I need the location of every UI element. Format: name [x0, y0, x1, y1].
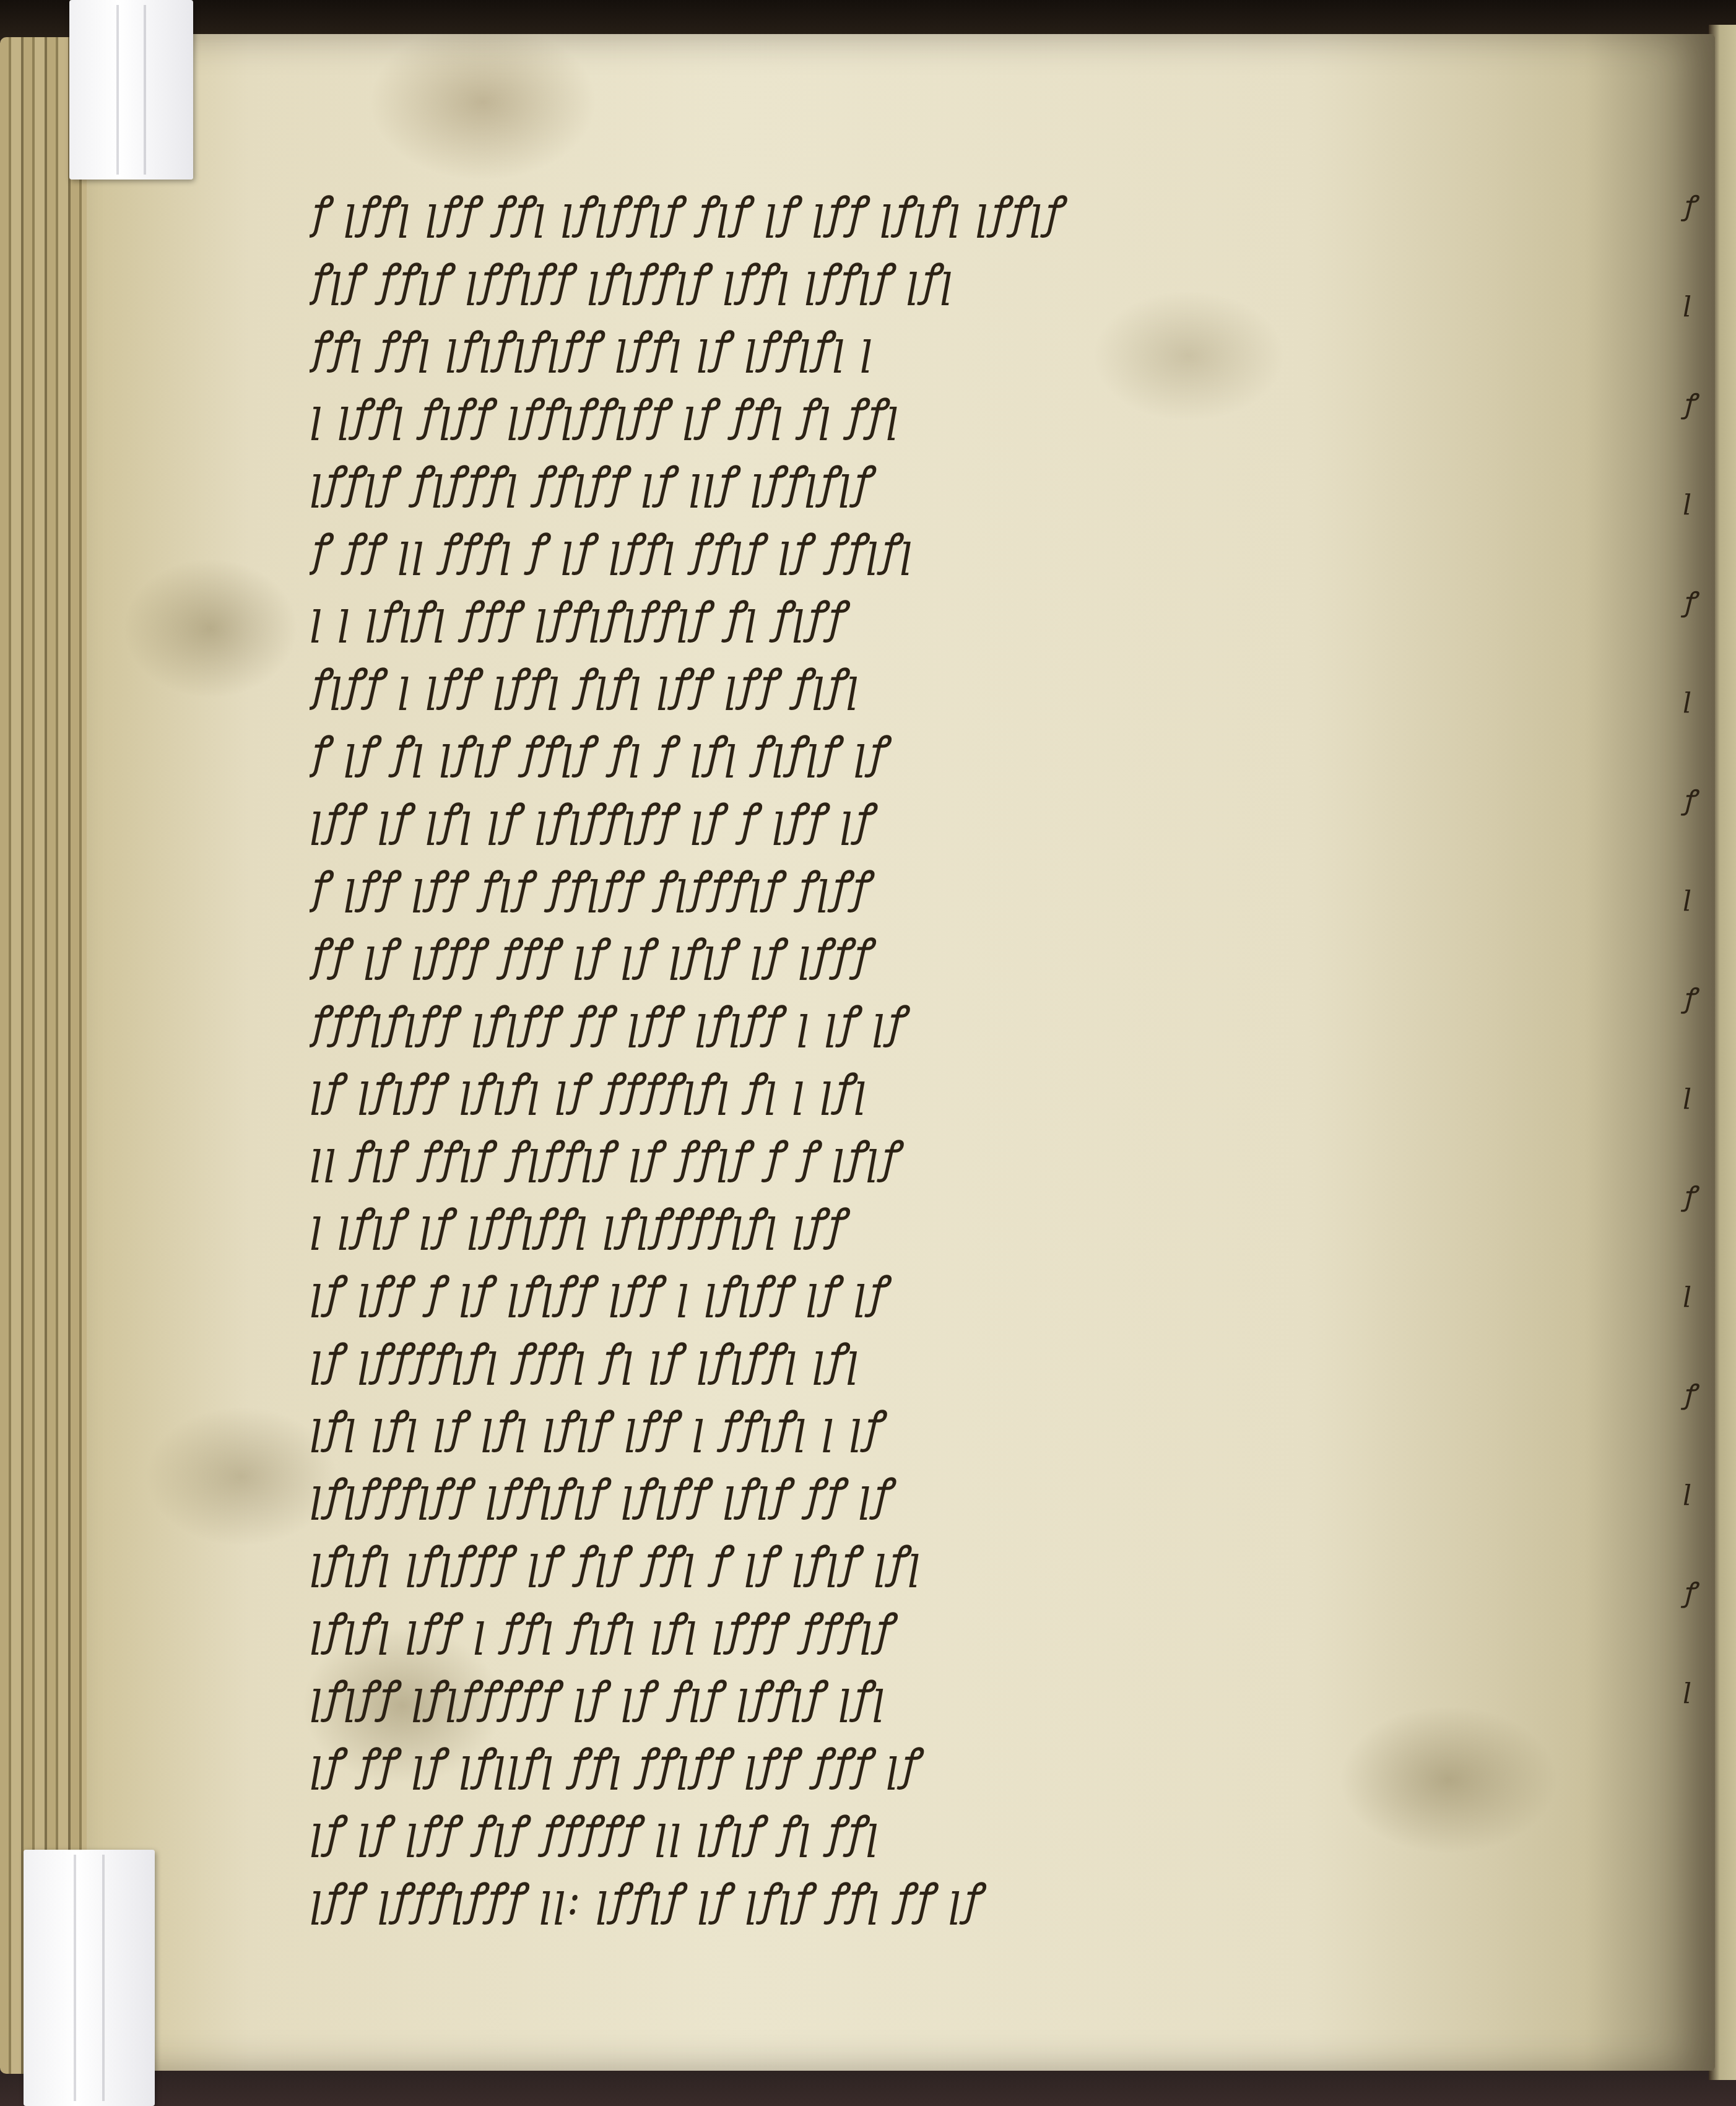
manuscript-line: ꞁꝭꞁꝭꞁ ꞁꝭꝭ ꞁ ꝭꝭꞁ ꝭꞁꝭꞁ ꞁꝭꞁ ꞁꝭꝭꝭ ꝭꝭꝭꞁꝭ	[310, 1593, 1523, 1668]
manuscript-line: ꞁꝭꞁꝭꝭꝭꞁꝭꝭ ꞁꝭꝭꞁꝭꞁꝭ ꞁꝭꞁꝭꝭ ꞁꝭꞁꝭ ꝭꝭ ꞁꝭ	[310, 1458, 1523, 1533]
adjacent-page-glyph: ꝭ	[1683, 780, 1708, 879]
manuscript-line: ꞁꞁ ꝭꞁꝭ ꝭꝭꞁꝭ ꝭꞁꝭꝭꞁꝭ ꞁꝭ ꝭꝭꞁꝭ ꝭ ꝭ ꞁꝭꞁꝭ	[310, 1121, 1523, 1195]
adjacent-page-glyph: ꝭ	[1683, 384, 1708, 483]
manuscript-line: ꞁꝭꞁ ꞁꝭꞁ ꞁꝭ ꞁꝭꞁ ꞁꝭꞁꝭ ꞁꝭꝭ ꞁ ꝭꝭꞁꝭꞁ ꞁ ꞁꝭ	[310, 1391, 1523, 1465]
manuscript-line: ꞁꝭꝭꞁꝭ ꝭꞁꝭꝭꝭꞁ ꝭꝭꞁꝭꝭ ꞁꝭ ꞁꞁꝭ ꞁꝭꝭꞁꝭꞁꝭ	[310, 446, 1523, 521]
adjacent-page-text: ꝭꞁꝭꞁꝭꞁꝭꞁꝭꞁꝭꞁꝭꞁꝭꞁ	[1683, 186, 1708, 1770]
manuscript-line: ꝭ ꝭꝭ ꞁꞁ ꝭꝭꝭꞁ ꝭ ꞁꝭ ꞁꝭꝭꞁ ꝭꝭꞁꝭ ꞁꝭ ꝭꝭꞁꝭꞁ	[310, 514, 1523, 588]
manuscript-line: ꝭꞁꝭ ꝭꝭꞁꝭ ꞁꝭꝭꞁꝭꝭ ꞁꝭꞁꝭꝭꞁꝭ ꞁꝭꝭꞁ ꞁꝭꝭꞁꝭ ꞁꝭꞁ	[310, 244, 1523, 318]
manuscript-line: ꝭ ꞁꝭ ꝭꞁ ꞁꝭꞁꝭ ꝭꝭꞁꝭ ꝭꞁ ꝭ ꞁꝭꞁ ꝭꞁꝭꞁꝭ ꞁꝭ	[310, 716, 1523, 791]
page-stack-edges	[0, 37, 99, 2074]
adjacent-page-glyph: ꝭ	[1683, 1374, 1708, 1473]
manuscript-line: ꞁꝭꝭ ꞁꝭ ꞁꝭꞁ ꞁꝭ ꞁꝭꞁꝭꝭꞁꝭꝭ ꞁꝭ ꝭ ꞁꝭꝭ ꞁꝭ	[310, 784, 1523, 858]
manuscript-line: ꞁ ꞁꝭꝭꞁ ꝭꞁꝭꝭ ꞁꝭꝭꞁꝭꝭꞁꝭꝭ ꞁꝭ ꝭꝭꞁ ꝭꞁ ꝭꝭꞁ	[310, 379, 1523, 453]
page-clip-top	[69, 0, 193, 180]
manuscript-line: ꝭ ꞁꝭꝭ ꞁꝭꝭ ꝭꞁꝭ ꝭꝭꞁꝭꝭ ꝭꞁꝭꝭꝭꞁꝭ ꝭꞁꝭꝭ	[310, 851, 1523, 925]
manuscript-text-block: ꝭ ꞁꝭꝭꞁ ꞁꝭꝭ ꝭꝭꞁ ꞁꝭꞁꝭꝭꞁꝭ ꝭꞁꝭ ꞁꝭ ꞁꝭꝭ ꞁꝭꞁꝭꞁ …	[310, 180, 1523, 1934]
manuscript-line: ꞁꝭꞁꝭꞁ ꞁꝭꞁꝭꝭꝭ ꞁꝭ ꝭꞁꝭ ꝭꝭꞁ ꝭ ꞁꝭ ꞁꝭꞁꝭ ꞁꝭꞁ	[310, 1526, 1523, 1600]
manuscript-line: ꞁꝭ ꞁꝭꞁꝭꝭ ꞁꝭꞁꝭꞁ ꞁꝭ ꝭꝭꝭꝭꞁꝭꞁ ꝭꞁ ꞁ ꞁꝭꞁ	[310, 1054, 1523, 1128]
adjacent-page-glyph: ꞁ	[1683, 1473, 1708, 1572]
adjacent-page-glyph: ꞁ	[1683, 1275, 1708, 1374]
adjacent-page-glyph: ꞁ	[1683, 681, 1708, 780]
adjacent-page-glyph: ꝭ	[1683, 978, 1708, 1077]
adjacent-page-glyph: ꞁ	[1683, 285, 1708, 384]
manuscript-line: ꝭꞁꝭꝭ ꞁ ꞁꝭꝭ ꞁꝭꝭꞁ ꝭꞁꝭꞁ ꞁꝭꝭ ꞁꝭꝭ ꝭꞁꝭꞁ	[310, 649, 1523, 723]
adjacent-page-glyph: ꝭ	[1683, 1572, 1708, 1671]
manuscript-line: ꞁꝭ ꞁꝭ ꞁꝭꝭ ꝭꞁꝭ ꝭꝭꝭꝭꝭ ꞁꞁ ꞁꝭꞁꝭ ꝭꞁ ꝭꝭꞁ	[310, 1796, 1523, 1870]
adjacent-page-glyph: ꞁ	[1683, 1077, 1708, 1176]
manuscript-line: ꝭ ꞁꝭꝭꞁ ꞁꝭꝭ ꝭꝭꞁ ꞁꝭꞁꝭꝭꞁꝭ ꝭꞁꝭ ꞁꝭ ꞁꝭꝭ ꞁꝭꞁꝭꞁ …	[310, 176, 1523, 251]
adjacent-page-glyph: ꝭ	[1683, 582, 1708, 681]
manuscript-line: ꞁꝭꞁꝭꝭ ꞁꝭꞁꝭꝭꝭꝭꝭ ꞁꝭ ꞁꝭ ꝭꞁꝭ ꞁꝭꝭꞁꝭ ꞁꝭꞁ	[310, 1661, 1523, 1735]
manuscript-line: ꞁꝭꝭ ꞁꝭꝭꝭꞁꝭꝭꝭ ꞁꞁ: ꞁꝭꝭꞁꝭ ꞁꝭ ꞁꝭꞁꝭ ꝭꝭꞁ ꝭꝭ ꞁꝭ	[310, 1863, 1523, 1938]
adjacent-page-glyph: ꝭ	[1683, 1176, 1708, 1275]
manuscript-line: ꞁꝭ ꞁꝭꝭ ꝭ ꞁꝭ ꞁꝭꞁꝭꝭ ꞁꝭꝭ ꞁ ꞁꝭꞁꝭꝭ ꞁꝭ ꞁꝭ	[310, 1256, 1523, 1330]
manuscript-line: ꞁꝭ ꞁꝭꝭꝭꝭꞁꝭꞁ ꝭꝭꝭꞁ ꝭꞁ ꞁꝭ ꞁꝭꞁꝭꝭꞁ ꞁꝭꞁ	[310, 1324, 1523, 1398]
manuscript-line: ꝭꝭꝭꞁꝭꞁꝭꝭ ꞁꝭꞁꝭꝭ ꝭꝭ ꞁꝭꝭ ꞁꝭꞁꝭꝭ ꞁ ꞁꝭ ꞁꝭ	[310, 986, 1523, 1060]
manuscript-line: ꝭꝭ ꞁꝭ ꞁꝭꝭꝭ ꝭꝭꝭ ꞁꝭ ꞁꝭ ꞁꝭꞁꝭ ꞁꝭ ꞁꝭꝭꝭ	[310, 919, 1523, 993]
manuscript-line: ꞁꝭ ꝭꝭ ꞁꝭ ꞁꝭꞁꞁꝭꞁ ꝭꝭꞁ ꝭꝭꞁꝭꝭ ꞁꝭꝭ ꝭꝭꝭ ꞁꝭ	[310, 1728, 1523, 1803]
adjacent-page-glyph: ꞁ	[1683, 879, 1708, 978]
page-clip-bottom	[24, 1850, 155, 2106]
manuscript-line: ꝭꝭꞁ ꝭꝭꞁ ꞁꝭꞁꝭꞁꝭꞁꝭꝭ ꞁꝭꝭꞁ ꞁꝭ ꞁꝭꝭꞁꝭꞁ ꞁ	[310, 311, 1523, 386]
manuscript-line: ꞁ ꞁꝭꞁꝭ ꞁꝭ ꞁꝭꝭꞁꝭꝭꞁ ꞁꝭꞁꝭꝭꝭꝭꞁꝭꞁ ꞁꝭꝭ	[310, 1189, 1523, 1263]
manuscript-line: ꞁ ꞁ ꞁꝭꞁꝭꞁ ꝭꝭꝭ ꞁꝭꝭꞁꝭꞁꝭꝭꞁꝭ ꝭꞁ ꝭꞁꝭꝭ	[310, 581, 1523, 656]
adjacent-page-glyph: ꝭ	[1683, 186, 1708, 285]
adjacent-page-glyph: ꞁ	[1683, 1671, 1708, 1770]
adjacent-page-glyph: ꞁ	[1683, 483, 1708, 582]
